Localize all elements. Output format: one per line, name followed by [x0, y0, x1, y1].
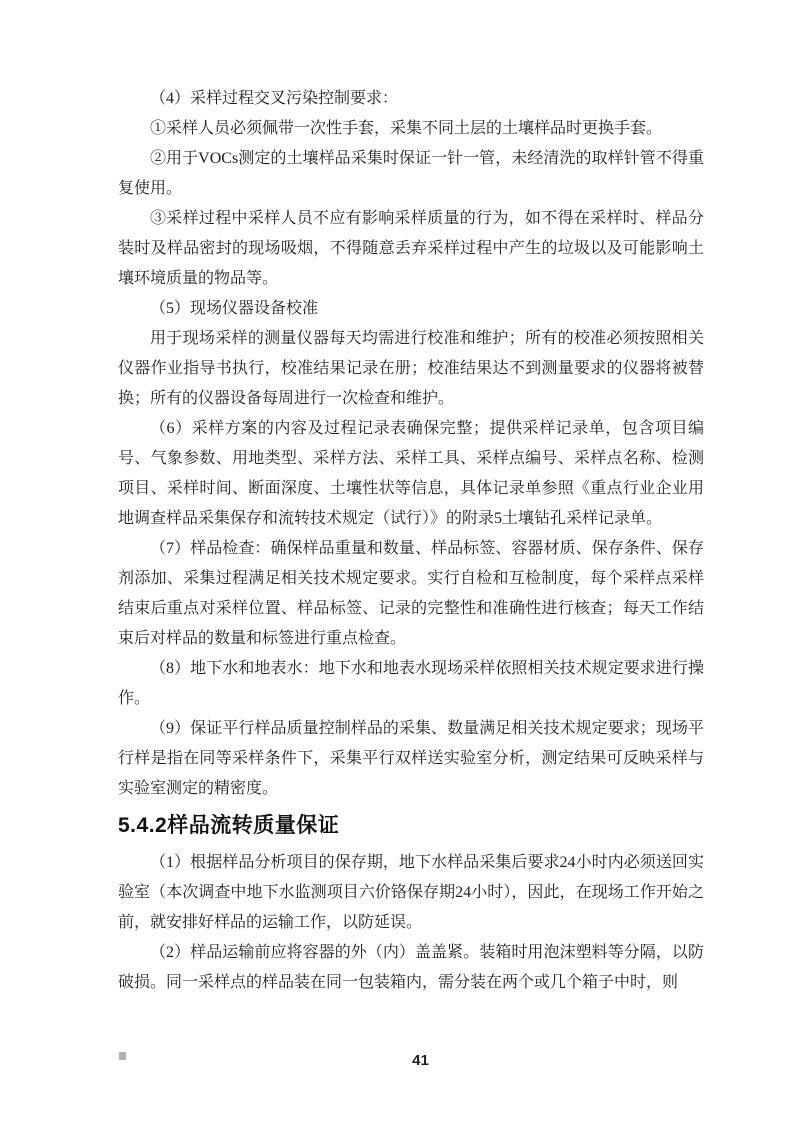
paragraph-item-7: （7）样品检查：确保样品重量和数量、样品标签、容器材质、保存条件、保存剂添加、采…: [118, 534, 704, 654]
paragraph-item-1: （1）根据样品分析项目的保存期，地下水样品采集后要求24小时内必须送回实验室（本…: [118, 848, 704, 938]
page-number: 41: [0, 1052, 793, 1069]
paragraph-item-4: （4）采样过程交叉污染控制要求：: [118, 84, 704, 114]
paragraph-item-8: （8）地下水和地表水：地下水和地表水现场采样依照相关技术规定要求进行操作。: [118, 654, 704, 714]
paragraph-circled-2: ②用于VOCs测定的土壤样品采集时保证一针一管，未经清洗的取样针管不得重复使用。: [118, 144, 704, 204]
paragraph-circled-3: ③采样过程中采样人员不应有影响采样质量的行为，如不得在采样时、样品分装时及样品密…: [118, 204, 704, 294]
paragraph-item-5: （5）现场仪器设备校准: [118, 294, 704, 324]
paragraph-item-9: （9）保证平行样品质量控制样品的采集、数量满足相关技术规定要求；现场平行样是指在…: [118, 714, 704, 804]
document-body: （4）采样过程交叉污染控制要求： ①采样人员必须佩带一次性手套，采集不同土层的土…: [118, 84, 704, 998]
paragraph-item-5-body: 用于现场采样的测量仪器每天均需进行校准和维护；所有的校准必须按照相关仪器作业指导…: [118, 324, 704, 414]
document-page: （4）采样过程交叉污染控制要求： ①采样人员必须佩带一次性手套，采集不同土层的土…: [0, 0, 793, 1122]
paragraph-circled-1: ①采样人员必须佩带一次性手套，采集不同土层的土壤样品时更换手套。: [118, 114, 704, 144]
section-heading-5-4-2: 5.4.2样品流转质量保证: [118, 804, 704, 848]
paragraph-item-6: （6）采样方案的内容及过程记录表确保完整；提供采样记录单，包含项目编号、气象参数…: [118, 414, 704, 534]
paragraph-item-2: （2）样品运输前应将容器的外（内）盖盖紧。装箱时用泡沫塑料等分隔，以防破损。同一…: [118, 938, 704, 998]
